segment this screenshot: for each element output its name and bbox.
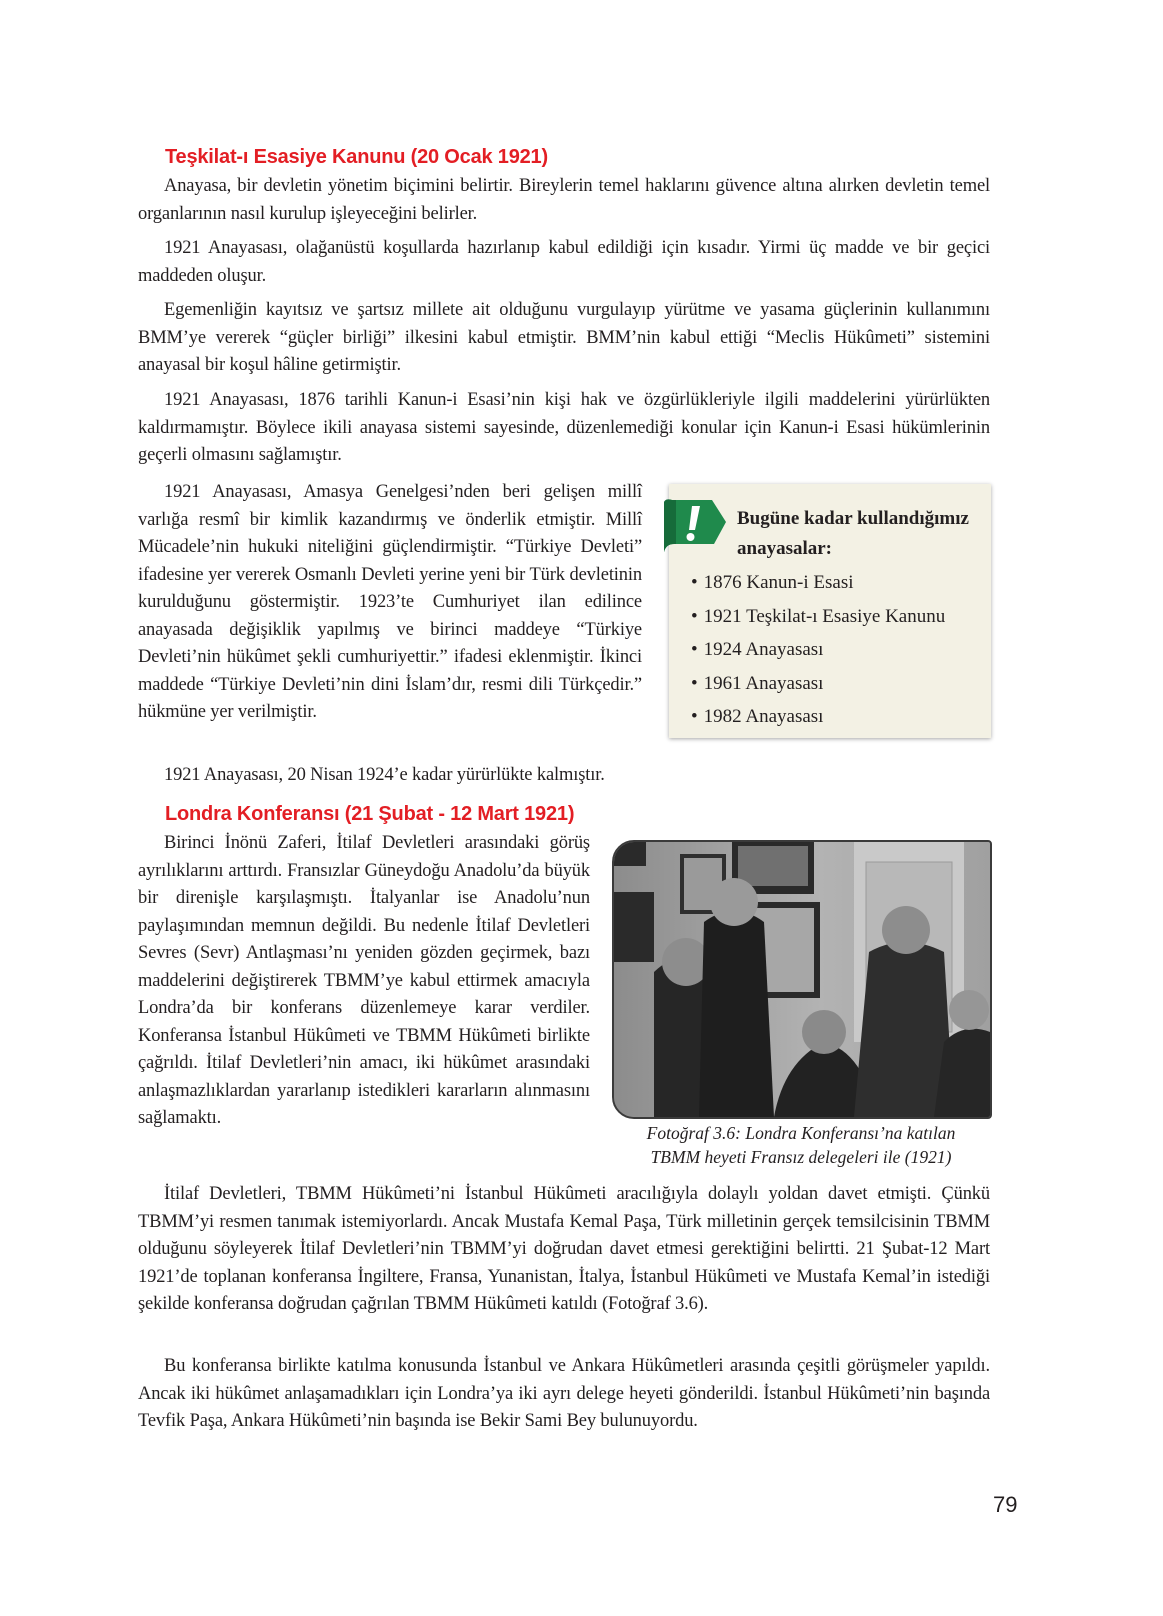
section-heading-londra-konferansi: Londra Konferansı (21 Şubat - 12 Mart 19… [165, 803, 574, 826]
paragraph-egemenlik: Egemenliğin kayıtsız ve şartsız millete … [138, 297, 990, 380]
paragraph-anayasa-definition: Anayasa, bir devletin yönetim biçimini b… [138, 173, 990, 228]
photo-caption: Fotoğraf 3.6: Londra Konferansı’na katıl… [612, 1122, 990, 1169]
paragraph-inonu-zaferi: Birinci İnönü Zaferi, İtilaf Devletleri … [138, 830, 590, 1133]
callout-title: Bugüne kadar kullandığımız anayasalar: [737, 504, 987, 564]
paragraph-1924-validity: 1921 Anayasası, 20 Nisan 1924’e kadar yü… [138, 762, 990, 790]
list-item: 1924 Anayasası [691, 633, 945, 667]
historical-photo [612, 840, 992, 1119]
paragraph-kanun-i-esasi: 1921 Anayasası, 1876 tarihli Kanun-i Esa… [138, 387, 990, 470]
photo-image [614, 842, 990, 1117]
textbook-page: Teşkilat-ı Esasiye Kanunu (20 Ocak 1921)… [0, 0, 1163, 1616]
paragraph-1921-short: 1921 Anayasası, olağanüstü koşullarda ha… [138, 235, 990, 290]
list-item: 1921 Teşkilat-ı Esasiye Kanunu [691, 600, 945, 634]
paragraph-amasya-genelgesi: 1921 Anayasası, Amasya Genelgesi’nden be… [138, 479, 642, 727]
caption-line-2: TBMM heyeti Fransız delegeleri ile (1921… [612, 1146, 990, 1170]
caption-line-1: Fotoğraf 3.6: Londra Konferansı’na katıl… [612, 1122, 990, 1146]
section-heading-teskilat-i-esasiye: Teşkilat-ı Esasiye Kanunu (20 Ocak 1921) [165, 146, 548, 169]
exclamation-flag-icon [660, 496, 728, 552]
paragraph-itilaf-davet: İtilaf Devletleri, TBMM Hükûmeti’ni İsta… [138, 1181, 990, 1319]
list-item: 1982 Anayasası [691, 700, 945, 734]
constitutions-list: 1876 Kanun-i Esasi 1921 Teşkilat-ı Esasi… [691, 566, 945, 734]
info-callout-box: Bugüne kadar kullandığımız anayasalar: 1… [669, 484, 991, 738]
page-number: 79 [993, 1492, 1017, 1518]
paragraph-iki-heyet: Bu konferansa birlikte katılma konusunda… [138, 1353, 990, 1436]
list-item: 1961 Anayasası [691, 667, 945, 701]
list-item: 1876 Kanun-i Esasi [691, 566, 945, 600]
